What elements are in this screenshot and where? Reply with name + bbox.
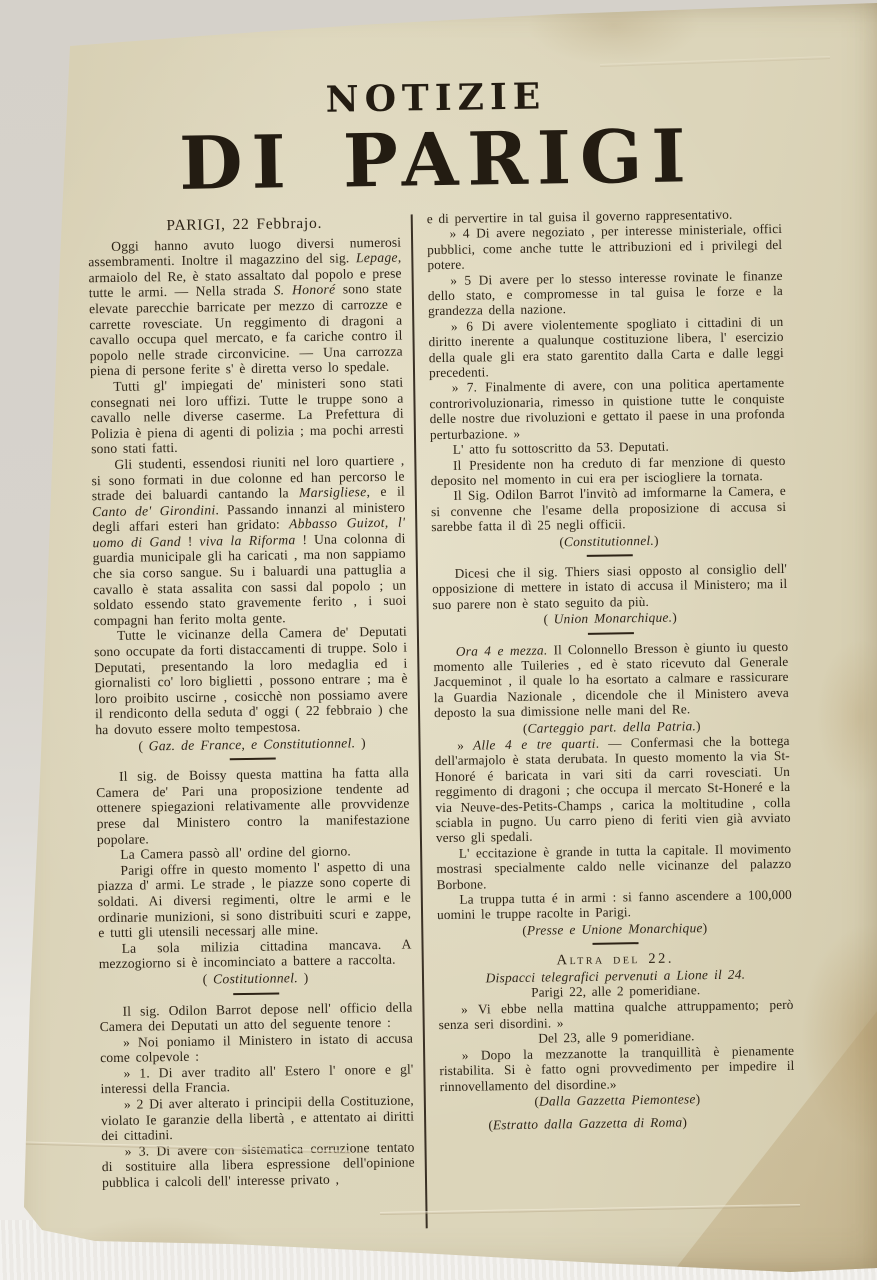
- paragraph: » 4 Di avere negoziato , per interesse m…: [427, 221, 783, 272]
- paragraph: » 6 Di avere violentemente spogliato i c…: [428, 314, 784, 381]
- paragraph: Ora 4 e mezza. Il Colonnello Bresson è g…: [433, 638, 789, 720]
- section-divider-rule: [587, 632, 633, 635]
- photo-backdrop: NOTIZIE DI PARIGI PARIGI, 22 Febbrajo.Og…: [0, 0, 877, 1280]
- section-divider-rule: [229, 758, 275, 761]
- paragraph: La truppa tutta é in armi : si fanno asc…: [437, 887, 792, 923]
- source-attribution: (Estratto dalla Gazzetta di Roma): [440, 1113, 795, 1134]
- right-column: e di pervertire in tal guisa il governo …: [427, 206, 798, 1263]
- paragraph: Gli studenti, essendosi riuniti nel loro…: [91, 452, 407, 628]
- paragraph: La sola milizia cittadina mancava. A mez…: [98, 936, 411, 972]
- masthead: NOTIZIE DI PARIGI: [80, 75, 794, 203]
- paragraph: Il sig. Odilon Barrot depose nell' offic…: [99, 999, 412, 1035]
- paragraph: Oggi hanno avuto luogo diversi numerosi …: [88, 234, 403, 379]
- masthead-title: DI PARIGI: [80, 119, 793, 203]
- paragraph: » Noi poniamo il Ministero in istato di …: [100, 1030, 413, 1066]
- paragraph: Parigi offre in questo momento l' aspett…: [97, 858, 411, 941]
- paragraph: » 7. Finalmente di avere, con una politi…: [429, 375, 785, 442]
- paragraph: L' eccitazione è grande in tutta la capi…: [436, 841, 792, 892]
- dateline: PARIGI, 22 Febbrajo.: [88, 215, 401, 235]
- paragraph: Il sig. de Boissy questa mattina ha fatt…: [96, 765, 410, 848]
- paragraph: Tutte le vicinanze della Camera de' Depu…: [94, 624, 409, 738]
- paragraph: » 3. Di avere con sistematica corruzione…: [101, 1139, 415, 1190]
- newspaper-page: NOTIZIE DI PARIGI PARIGI, 22 Febbrajo.Og…: [0, 0, 877, 1280]
- paragraph: » 5 Di avere per lo stesso interesse rov…: [428, 268, 784, 319]
- section-divider-rule: [233, 992, 279, 995]
- section-divider-rule: [592, 942, 638, 945]
- paragraph: Il Sig. Odilon Barrot l'invitò ad imform…: [431, 483, 787, 534]
- paragraph: » Alle 4 e tre quarti. — Confermasi che …: [434, 733, 791, 846]
- page-content: NOTIZIE DI PARIGI PARIGI, 22 Febbrajo.Og…: [79, 0, 810, 1280]
- left-column: PARIGI, 22 Febbrajo.Oggi hanno avuto luo…: [88, 215, 416, 1262]
- paragraph: » 1. Di aver tradito all' Estero l' onor…: [100, 1061, 413, 1097]
- section-divider-rule: [586, 554, 632, 557]
- paragraph: » Dopo la mezzanotte la tranquillità è p…: [439, 1043, 795, 1094]
- source-attribution: ( Gaz. de France, e Constitutionnel. ): [95, 734, 408, 754]
- paragraph: Tutti gl' impiegati de' ministeri sono s…: [90, 375, 404, 458]
- source-attribution: ( Costitutionnel. ): [99, 968, 412, 988]
- paragraph: » 2 Di aver alterato i principii della C…: [101, 1093, 415, 1144]
- paragraph: Dicesi che il sig. Thiers siasi opposto …: [432, 561, 788, 612]
